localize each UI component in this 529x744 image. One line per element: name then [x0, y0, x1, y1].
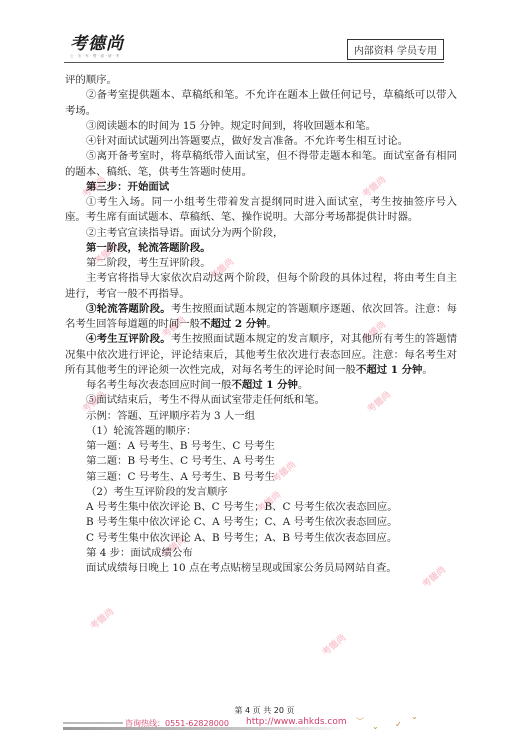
- document-body: 评的顺序。 ②备考室提供题本、草稿纸和笔。不允许在题本上做任何记号，草稿纸可以带…: [65, 73, 457, 576]
- list-item: 第二题：B 号考生、C 号考生、A 号考生: [65, 454, 457, 469]
- list-item: 第一题：A 号考生、B 号考生、C 号考生: [65, 439, 457, 454]
- logo-subtitle: 公·务·军·警·面·研·考: [70, 54, 124, 59]
- tail-text: 。: [422, 364, 432, 376]
- hotline-text: 咨询热线：0551-62828000: [125, 718, 229, 729]
- tail-text: 。: [298, 379, 308, 391]
- list-item: A 号考生集中依次评论 B、C 号考生；B、C 号考生依次表态回应。: [65, 500, 457, 515]
- paragraph-mutual-review: ④考生互评阶段。考生按照面试题本规定的发言顺序，对其他所有考生的答题情况集中依次…: [65, 332, 457, 378]
- paragraph-response-time: 每名考生每次表态回应时间一般不超过 1 分钟。: [65, 378, 457, 393]
- list-heading: （2）考生互评阶段的发言顺序: [65, 485, 457, 500]
- brand-logo: 考德尚 公·务·军·警·面·研·考: [70, 35, 124, 59]
- watermark: 考德尚: [319, 631, 348, 658]
- paragraph: ④针对面试试题列出答题要点，做好发言准备。不允许考生相互讨论。: [65, 134, 457, 149]
- footer-stripe: [63, 722, 123, 724]
- header-divider: [64, 62, 444, 63]
- paragraph: ⑤离开备考室时，将草稿纸带入面试室，但不得带走题本和笔。面试室备有相同的题本、稿…: [65, 149, 457, 180]
- page-number: 第 4 页 共 20 页: [0, 705, 529, 716]
- paragraph: 面试成绩每日晚上 10 点在考点贴榜呈现或国家公务员局网站自查。: [65, 561, 457, 576]
- emphasis-text: 不超过 1 分钟: [356, 364, 422, 376]
- emphasis-text: 不超过 2 分钟: [200, 318, 266, 330]
- page-footer: 咨询热线：0551-62828000 http://www.ahkds.com …: [63, 718, 413, 730]
- website-link[interactable]: http://www.ahkds.com: [246, 717, 347, 727]
- list-item: B 号考生集中依次评论 C、A 号考生；C、A 号考生依次表态回应。: [65, 515, 457, 530]
- logo-text: 考德尚: [70, 35, 124, 53]
- list-heading: （1）轮流答题的顺序：: [65, 424, 457, 439]
- lead-text: ④考生互评阶段。: [86, 333, 171, 345]
- paragraph: ①考生入场。同一小组考生带着发言提纲同时进入面试室，考生按抽签序号入座。考生席有…: [65, 195, 457, 226]
- body-text: 每名考生每次表态回应时间一般: [86, 379, 231, 391]
- bird-icon: ⌄: [372, 722, 379, 731]
- phase-one-heading: 第一阶段，轮流答题阶段。: [65, 241, 457, 256]
- list-item: 第三题：C 号考生、A 号考生、B 号考生: [65, 470, 457, 485]
- internal-material-badge: 内部资料 学员专用: [347, 39, 444, 60]
- paragraph: ③阅读题本的时间为 15 分钟。规定时间到，将收回题本和笔。: [65, 119, 457, 134]
- watermark: 考德尚: [87, 605, 116, 632]
- paragraph-rotating-answer: ③轮流答题阶段。考生按照面试题本规定的答题顺序逐题、依次回答。注意：每名考生回答…: [65, 302, 457, 333]
- bird-icon: ︶: [356, 716, 364, 727]
- phase-two-heading: 第二阶段，考生互评阶段。: [65, 256, 457, 271]
- bird-icon: ⌄: [411, 712, 418, 721]
- paragraph: ②备考室提供题本、草稿纸和笔。不允许在题本上做任何记号，草稿纸可以带入考场。: [65, 88, 457, 119]
- page-header: 考德尚 公·务·军·警·面·研·考 内部资料 学员专用: [64, 33, 444, 63]
- paragraph: ⑤面试结束后，考生不得从面试室带走任何纸和笔。: [65, 393, 457, 408]
- paragraph: 主考官将指导大家依次启动这两个阶段，但每个阶段的具体过程，将由考生自主进行，考官…: [65, 271, 457, 302]
- list-item: C 号考生集中依次评论 A、B 号考生；A、B 号考生依次表态回应。: [65, 531, 457, 546]
- tail-text: 。: [267, 318, 277, 330]
- paragraph: 评的顺序。: [65, 73, 457, 88]
- section-heading-step3: 第三步：开始面试: [65, 180, 457, 195]
- paragraph: ②主考官宣读指导语。面试分为两个阶段，: [65, 226, 457, 241]
- emphasis-text: 不超过 1 分钟: [231, 379, 297, 391]
- example-heading: 示例：答题、互评顺序若为 3 人一组: [65, 409, 457, 424]
- lead-text: ③轮流答题阶段。: [86, 303, 171, 315]
- bird-icon: ✓: [395, 720, 402, 729]
- section-heading-step4: 第 4 步：面试成绩公布: [65, 546, 457, 561]
